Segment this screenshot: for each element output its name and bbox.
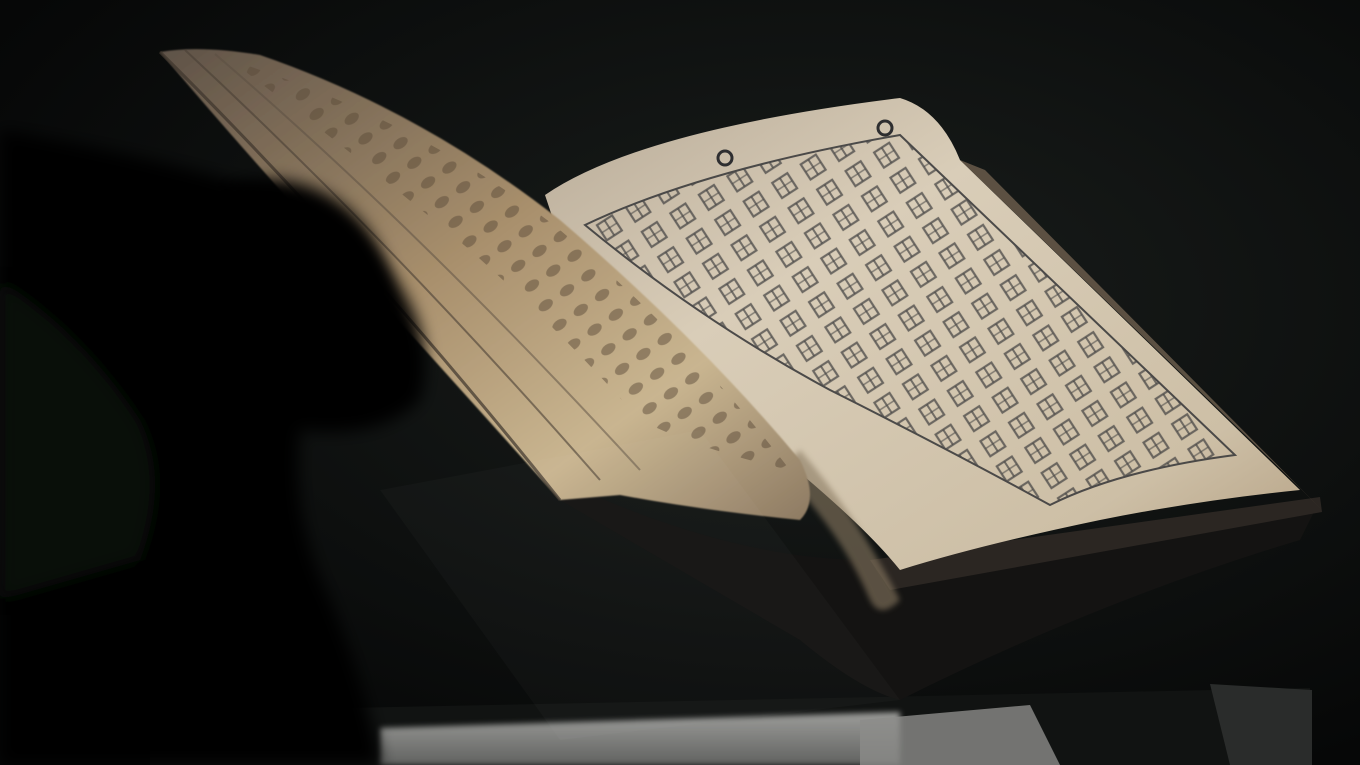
photo-scene: Antique East Asian woodblock-printed boo… <box>0 0 1360 765</box>
book-photo <box>0 0 1360 765</box>
